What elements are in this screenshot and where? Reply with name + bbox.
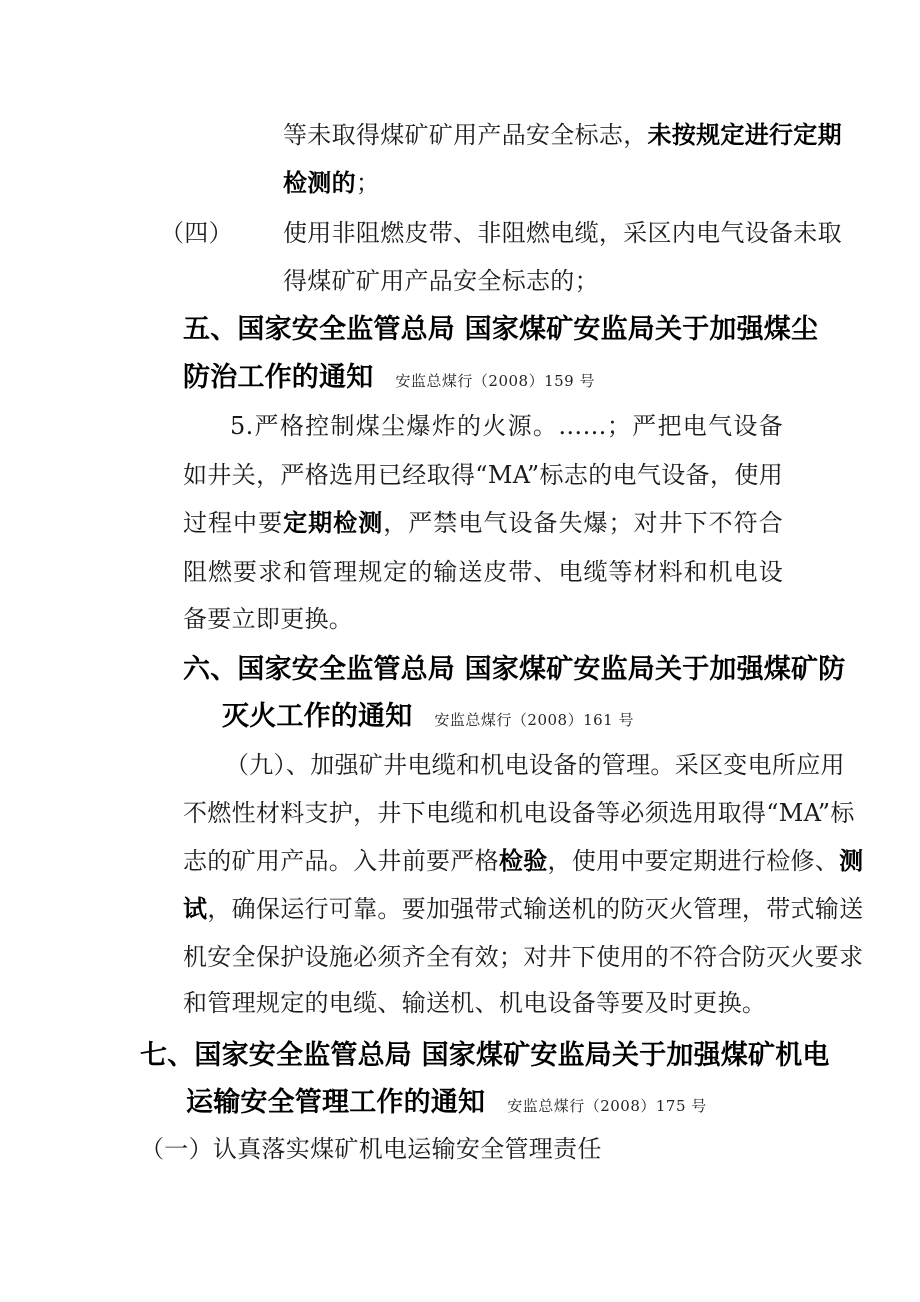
section6-para-line4-emphasis: 试 (183, 894, 207, 923)
section6-para-line1: （九）、加强矿井电缆和机电设备的管理。采区变电所应用 (225, 753, 783, 777)
section7-heading-line1: 七、国家安全监管总局 国家煤矿安监局关于加强煤矿机电 (140, 1042, 783, 1069)
section5-heading-line1: 五、国家安全监管总局 国家煤矿安监局关于加强煤尘 (183, 316, 783, 343)
section5-para-line2: 如井关，严格选用已经取得“MA”标志的电气设备，使用 (183, 463, 783, 487)
section6-para-line5: 机安全保护设施必须齐全有效；对井下使用的不符合防灭火要求 (183, 945, 783, 969)
item4-label: （四） (160, 221, 233, 245)
section5-heading-line2: 防治工作的通知安监总煤行（2008）159 号 (183, 364, 595, 391)
item3-line2: 检测的； (283, 171, 380, 195)
section7-heading-text: 七、国家安全监管总局 国家煤矿安监局关于加强煤矿机电 (140, 1040, 830, 1071)
item4-line2: 得煤矿矿用产品安全标志的； (283, 269, 599, 293)
section5-heading-text: 五、国家安全监管总局 国家煤矿安监局关于加强煤尘 (183, 314, 818, 345)
section7-subitem-1: （一）认真落实煤矿机电运输安全管理责任 (140, 1137, 602, 1161)
section7-heading-title: 运输安全管理工作的通知 (186, 1087, 485, 1118)
section5-para-line3-emphasis: 定期检测 (283, 508, 383, 537)
section6-para-line3-emphasis1: 检验 (499, 846, 548, 875)
section6-heading-line1: 六、国家安全监管总局 国家煤矿安监局关于加强煤矿防 (183, 656, 783, 683)
section6-para-line3-mid: ，使用中要定期进行检修、 (548, 847, 840, 875)
item3-line1-text: 等未取得煤矿矿用产品安全标志， (283, 121, 648, 149)
section5-para-line4: 阻燃要求和管理规定的输送皮带、电缆等材料和机电设 (183, 560, 783, 584)
item3-line1-emphasis: 未按规定进行定期 (648, 120, 842, 149)
section6-heading-title: 灭火工作的通知 (222, 701, 412, 732)
section6-para-line4-post: ，确保运行可靠。要加强带式输送机的防灭火管理，带式输送 (207, 895, 863, 923)
section6-para-line6: 和管理规定的电缆、输送机、机电设备等要及时更换。 (183, 991, 766, 1015)
section6-para-line4: 试，确保运行可靠。要加强带式输送机的防灭火管理，带式输送 (183, 897, 783, 921)
section7-heading-line2: 运输安全管理工作的通知安监总煤行（2008）175 号 (186, 1089, 707, 1116)
section5-para-line3-pre: 过程中要 (183, 509, 283, 537)
section5-para-line1: 5.严格控制煤尘爆炸的火源。……；严把电气设备 (230, 414, 783, 438)
section6-para-line3-pre: 志的矿用产品。入井前要严格 (183, 847, 499, 875)
section5-para-line3-post: ，严禁电气设备失爆；对井下不符合 (383, 509, 783, 537)
section5-heading-title: 防治工作的通知 (183, 362, 373, 393)
item3-line2-punct: ； (356, 169, 380, 197)
section5-doc-number: 安监总煤行（2008）159 号 (395, 372, 595, 390)
section6-doc-number: 安监总煤行（2008）161 号 (434, 711, 634, 729)
section6-heading-text: 六、国家安全监管总局 国家煤矿安监局关于加强煤矿防 (183, 654, 845, 685)
item3-line2-emphasis: 检测的 (283, 168, 356, 197)
section6-heading-line2: 灭火工作的通知安监总煤行（2008）161 号 (222, 703, 634, 730)
section5-para-line3: 过程中要定期检测，严禁电气设备失爆；对井下不符合 (183, 511, 783, 535)
section6-para-line3-emphasis2: 测 (839, 846, 863, 875)
section6-para-line2: 不燃性材料支护，井下电缆和机电设备等必须选用取得“MA”标 (183, 801, 783, 825)
item3-line1: 等未取得煤矿矿用产品安全标志，未按规定进行定期 (283, 123, 783, 147)
section5-para-line5: 备要立即更换。 (183, 607, 353, 631)
section7-doc-number: 安监总煤行（2008）175 号 (507, 1097, 707, 1115)
item4-line1: 使用非阻燃皮带、非阻燃电缆，采区内电气设备未取 (283, 221, 783, 245)
section6-para-line3: 志的矿用产品。入井前要严格检验，使用中要定期进行检修、测 (183, 849, 783, 873)
